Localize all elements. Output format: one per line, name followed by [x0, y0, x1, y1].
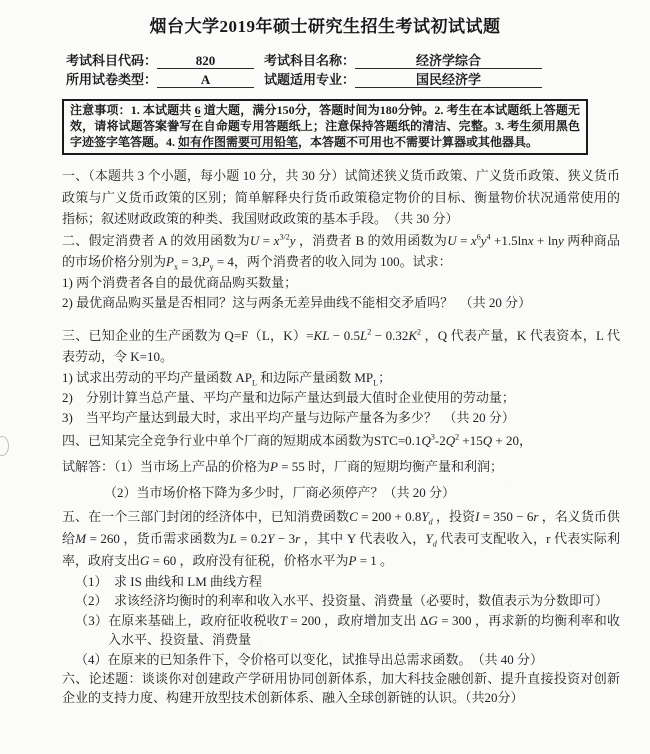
notice-box: 注意事项：1. 本试题共 6 道大题，满分150分，答题时间为180分钟。2. …: [62, 99, 588, 155]
header-row-1: 考试科目代码：820考试科目名称：经济学综合: [66, 52, 650, 71]
paper-type-label: 所用试卷类型：: [66, 71, 157, 88]
page-title: 烟台大学2019年硕士研究生招生考试初试试题: [0, 12, 650, 37]
question-3-intro: 三、已知企业的生产函数为 Q=F（L，K）=KL − 0.5L2 − 0.32K…: [62, 325, 620, 368]
question-3-item-1: 1) 试求出劳动的平均产量函数 APL 和边际产量函数 MPL；: [62, 368, 620, 388]
question-3: 三、已知企业的生产函数为 Q=F（L，K）=KL − 0.5L2 − 0.32K…: [62, 325, 620, 428]
question-6: 六、论述题：谈谈你对创建政产学研用协同创新体系，加大科技金融创新、提升直接投资对…: [62, 669, 620, 707]
exam-header: 考试科目代码：820考试科目名称：经济学综合 所用试卷类型：A试题适用专业：国民…: [66, 52, 650, 90]
question-body: 一、（本题共 3 个小题，每小题 10 分，共 30 分）试简述狭义货币政策、广…: [62, 165, 620, 707]
question-5: 五、在一个三部门封闭的经济体中，已知消费函数C = 200 + 0.8Yd ，投…: [62, 506, 620, 670]
subject-name-value: 经济学综合: [355, 52, 542, 69]
question-4-line-1: 四、已知某完全竞争行业中单个厂商的短期成本函数为STC=0.1Q3-2Q2 +1…: [62, 428, 620, 454]
subject-code-label: 考试科目代码：: [66, 52, 157, 69]
question-1: 一、（本题共 3 个小题，每小题 10 分，共 30 分）试简述狭义货币政策、广…: [62, 165, 620, 230]
header-row-2: 所用试卷类型：A试题适用专业：国民经济学: [66, 71, 650, 90]
question-4-line-3: （2）当市场价格下降为多少时，厂商必须停产？（共 20 分）: [62, 480, 620, 506]
question-5-intro: 五、在一个三部门封闭的经济体中，已知消费函数C = 200 + 0.8Yd ，投…: [62, 506, 620, 572]
subject-code-value: 820: [157, 52, 254, 69]
question-5-item-2: （2） 求该经济均衡时的利率和收入水平、投资量、消费量（必要时，数值表示为分数即…: [62, 591, 620, 611]
exam-paper: 烟台大学2019年硕士研究生招生考试初试试题 考试科目代码：820考试科目名称：…: [0, 0, 650, 754]
question-2: 二、假定消费者 A 的效用函数为U = x3/2y ，消费者 B 的效用函数为U…: [62, 230, 620, 313]
scan-artifact: [0, 436, 9, 456]
question-3-item-3: 3) 当平均产量达到最大时，求出平均产量与边际产量各为多少？ （共 20 分）: [62, 408, 620, 428]
question-3-item-2: 2) 分别计算当总产量、平均产量和边际产量达到最大值时企业使用的劳动量；: [62, 388, 620, 408]
question-2-intro: 二、假定消费者 A 的效用函数为U = x3/2y ，消费者 B 的效用函数为U…: [62, 230, 620, 273]
question-2-item-1: 1) 两个消费者各自的最优商品购买数量；: [62, 273, 620, 293]
question-2-item-2: 2) 最优商品购买量是否相同？这与两条无差异曲线不能相交矛盾吗？ （共 20 分…: [62, 293, 620, 313]
question-4: 四、已知某完全竞争行业中单个厂商的短期成本函数为STC=0.1Q3-2Q2 +1…: [62, 428, 620, 506]
major-label: 试题适用专业：: [264, 71, 355, 88]
question-5-item-3: （3）在原来基础上，政府征收税收T = 200 ，政府增加支出 ΔG = 300…: [62, 611, 620, 650]
question-5-item-1: （1） 求 IS 曲线和 LM 曲线方程: [62, 572, 620, 592]
question-5-item-4: （4）在原来的已知条件下，令价格可以变化，试推导出总需求函数。 （共 40 分）: [62, 650, 620, 670]
question-4-line-2: 试解答：（1）当市场上产品的价格为P = 55 时，厂商的短期均衡产量和利润；: [62, 454, 620, 480]
major-value: 国民经济学: [355, 71, 542, 88]
subject-name-label: 考试科目名称：: [264, 52, 355, 69]
paper-type-value: A: [157, 71, 254, 88]
